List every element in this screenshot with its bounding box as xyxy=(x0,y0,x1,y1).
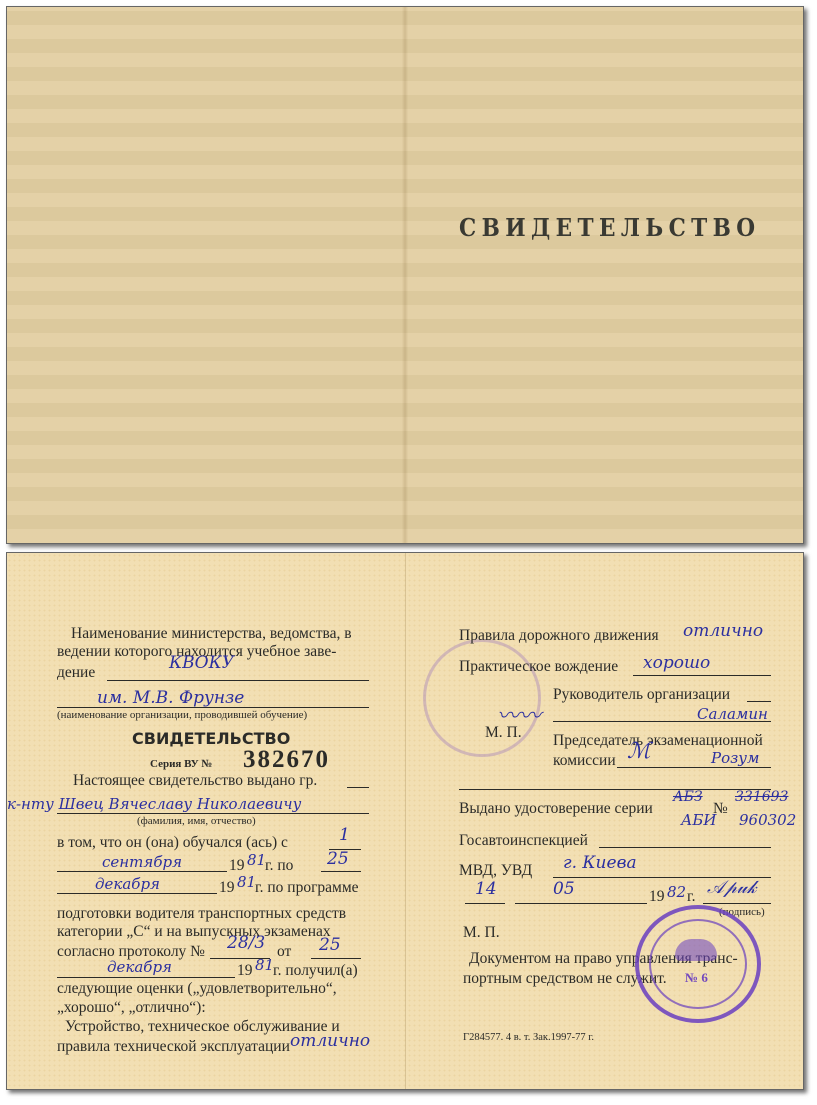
institution-caption: (наименование организации, проводившей о… xyxy=(57,710,307,721)
subject1-line-2: правила технической эксплуатации xyxy=(57,1039,290,1055)
series-number: 382670 xyxy=(243,747,330,772)
subject2-label: Правила дорожного движения xyxy=(459,628,659,644)
end-day-line xyxy=(321,871,361,872)
end-year-suffix: 81 xyxy=(237,873,256,891)
end-month: декабря xyxy=(95,875,160,893)
start-year-prefix: 19 xyxy=(229,858,245,874)
inspector-signature: 𝒜𝓅𝓊𝓀 xyxy=(707,877,757,898)
stamp-place-2: М. П. xyxy=(463,925,500,941)
program-line-1: подготовки водителя транспортных средств xyxy=(57,906,346,922)
protocol-day: 25 xyxy=(319,935,341,955)
protocol-month-line xyxy=(57,977,235,978)
program-line-2: категории „С“ и на выпускных экзаменах xyxy=(57,924,331,940)
chair-label-2: комиссии xyxy=(553,753,616,769)
recipient-handwritten: к-нту Швец Вячеславу Николаевичу xyxy=(7,795,301,813)
institution-handwritten: КВОКУ xyxy=(169,653,234,673)
signature-line xyxy=(703,903,771,904)
issued-to-line xyxy=(347,787,369,788)
chair-signature: ℳ xyxy=(627,739,651,764)
certificate-cover: СВИДЕТЕЛЬСТВО xyxy=(6,6,804,544)
end-month-line xyxy=(57,893,217,894)
subject1-grade: отлично xyxy=(290,1031,370,1051)
recipient-line xyxy=(57,813,369,814)
license-number-struck: 331693 xyxy=(735,789,788,805)
program-label: г. по программе xyxy=(255,880,359,896)
inner-title: СВИДЕТЕЛЬСТВО xyxy=(132,731,290,747)
cover-title: СВИДЕТЕЛЬСТВО xyxy=(459,213,761,242)
subject3-line xyxy=(633,675,771,676)
subject3-grade: хорошо xyxy=(643,653,710,673)
end-year-prefix: 19 xyxy=(219,880,235,896)
section-divider xyxy=(459,789,771,790)
mvd-city: г. Киева xyxy=(563,853,637,873)
head-line-1 xyxy=(747,701,771,702)
issue-year-prefix: 19 xyxy=(649,889,665,905)
issue-day-line xyxy=(465,903,505,904)
issue-month-line xyxy=(515,903,647,904)
license-series-struck: АБЗ xyxy=(673,789,703,805)
official-seal-stamp: № 6 xyxy=(635,905,761,1023)
stamp-place-1: М. П. xyxy=(485,725,522,741)
grades-line-1: следующие оценки („удовлетворительно“, xyxy=(57,981,337,997)
studied-label: в том, что он (она) обучался (ась) с xyxy=(57,835,288,851)
start-year-suffix: 81 xyxy=(247,851,266,869)
license-label: Выдано удостоверение серии xyxy=(459,801,653,817)
institution-name-line xyxy=(57,707,369,708)
gai-label: Госавтоинспекцией xyxy=(459,833,588,849)
chair-name: Розум xyxy=(711,749,759,767)
car-icon xyxy=(675,939,717,961)
chair-line xyxy=(617,767,771,768)
grades-line-2: „хорошо“, „отлично“): xyxy=(57,1000,206,1016)
head-line-2 xyxy=(553,721,771,722)
protocol-year-prefix: 19 xyxy=(237,963,253,979)
issue-year-g: г. xyxy=(687,889,695,905)
intro-line-1: Наименование министерства, ведомства, в xyxy=(71,626,352,642)
protocol-year-suffix: 81 xyxy=(255,956,274,974)
protocol-month: декабря xyxy=(107,958,172,976)
head-label: Руководитель организации xyxy=(553,687,730,703)
protocol-from-label: от xyxy=(277,944,291,960)
institution-line xyxy=(107,680,369,681)
start-month-line xyxy=(57,871,227,872)
mvd-label: МВД, УВД xyxy=(459,863,532,879)
issue-year-suffix: 82 xyxy=(667,883,686,901)
institution-name-handwritten: им. М.В. Фрунзе xyxy=(97,688,244,708)
license-number: 960302 xyxy=(739,811,796,829)
subject2-grade: отлично xyxy=(683,621,763,641)
stamp-number: № 6 xyxy=(685,971,708,984)
year-to-label: г. по xyxy=(265,858,293,874)
series-label: Серия ВУ № xyxy=(150,759,212,770)
subject3-label: Практическое вождение xyxy=(459,659,618,675)
recipient-caption: (фамилия, имя, отчество) xyxy=(137,816,256,827)
start-day: 1 xyxy=(339,825,350,845)
chair-label-1: Председатель экзаменационной xyxy=(553,733,763,749)
license-series: АБИ xyxy=(681,811,716,829)
issue-day: 14 xyxy=(475,879,497,899)
certificate-inner-spread: Наименование министерства, ведомства, в … xyxy=(6,552,804,1090)
protocol-number: 28/3 xyxy=(227,933,265,953)
issued-to-label: Настоящее свидетельство выдано гр. xyxy=(73,773,317,789)
faded-seal-stamp xyxy=(423,639,541,757)
center-fold xyxy=(405,553,406,1089)
protocol-day-line xyxy=(311,958,361,959)
gai-line xyxy=(599,847,771,848)
received-label: г. получил(а) xyxy=(273,963,358,979)
print-info: Г284577. 4 в. т. Зак.1997-77 г. xyxy=(463,1033,594,1044)
intro-line-3: дение xyxy=(57,665,95,681)
end-day: 25 xyxy=(327,849,349,869)
issue-month: 05 xyxy=(553,879,575,899)
seal-inner-ring xyxy=(649,919,747,1009)
start-month: сентября xyxy=(102,853,182,871)
